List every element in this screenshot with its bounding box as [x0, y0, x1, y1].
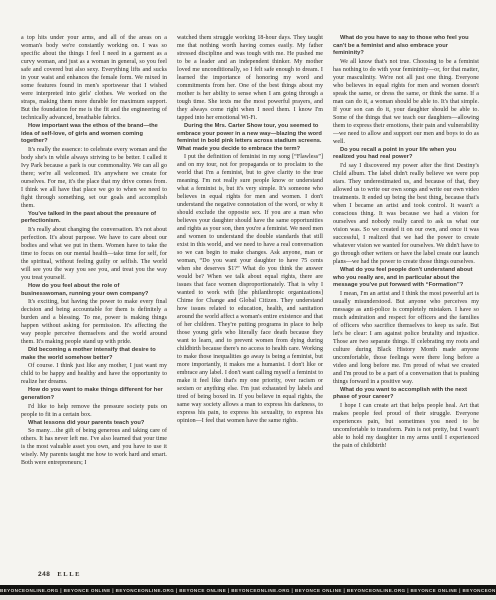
interview-answer-paragraph: Of course. I think just like any mother,…: [21, 362, 167, 386]
interview-question: What lessons did your parents teach you?: [21, 420, 167, 428]
interview-answer-paragraph: It's really about changing the conversat…: [21, 226, 167, 282]
interview-answer-paragraph: It's really the essence: to celebrate ev…: [21, 146, 167, 210]
footer-watermark-text: BEYONCEONLINE.ORG | BEYONCE ONLINE | BEY…: [0, 588, 496, 593]
interview-answer-paragraph: So many…the gift of being generous and t…: [21, 427, 167, 467]
magazine-page: a top hits under your arms, and all of t…: [0, 0, 496, 600]
interview-question: How do you want to make things different…: [21, 387, 167, 402]
interview-answer-paragraph: I'd like to help remove the pressure soc…: [21, 403, 167, 419]
text-column-3: What do you have to say to those who fee…: [333, 34, 479, 562]
interview-answer-paragraph: I'd say I discovered my power after the …: [333, 162, 479, 266]
interview-question: Did becoming a mother intensify that des…: [21, 347, 167, 362]
interview-answer-paragraph: I hope I can create art that helps peopl…: [333, 402, 479, 450]
text-column-1: a top hits under your arms, and all of t…: [21, 34, 167, 562]
interview-question: What do you want to accomplish with the …: [333, 387, 479, 402]
interview-answer-paragraph: We all know that's not true. Choosing to…: [333, 58, 479, 146]
text-column-2: watched them struggle working 18-hour da…: [177, 34, 323, 562]
interview-question: How important was the ethos of the brand…: [21, 123, 167, 146]
page-number: 248: [38, 571, 50, 578]
interview-question: How do you feel about the role of busine…: [21, 283, 167, 298]
footer-watermark-bar: BEYONCEONLINE.ORG | BEYONCE ONLINE | BEY…: [0, 585, 496, 595]
folio: 248 ELLE: [38, 571, 81, 578]
interview-answer-paragraph: a top hits under your arms, and all of t…: [21, 34, 167, 122]
interview-text-block: a top hits under your arms, and all of t…: [21, 34, 479, 562]
interview-question: During the Mrs. Carter Show tour, you se…: [177, 123, 323, 153]
interview-question: What do you feel people don't understand…: [333, 267, 479, 290]
page-bottom-edge: [0, 595, 496, 600]
interview-question: Do you recall a point in your life when …: [333, 147, 479, 162]
interview-question: What do you have to say to those who fee…: [333, 35, 479, 58]
magazine-logo: ELLE: [57, 571, 81, 578]
interview-answer-paragraph: watched them struggle working 18-hour da…: [177, 34, 323, 122]
interview-answer-paragraph: I mean, I'm an artist and I think the mo…: [333, 290, 479, 386]
interview-answer-paragraph: It's exciting, but having the power to m…: [21, 298, 167, 346]
interview-answer-paragraph: I put the definition of feminist in my s…: [177, 153, 323, 425]
interview-question: You've talked in the past about the pres…: [21, 211, 167, 226]
